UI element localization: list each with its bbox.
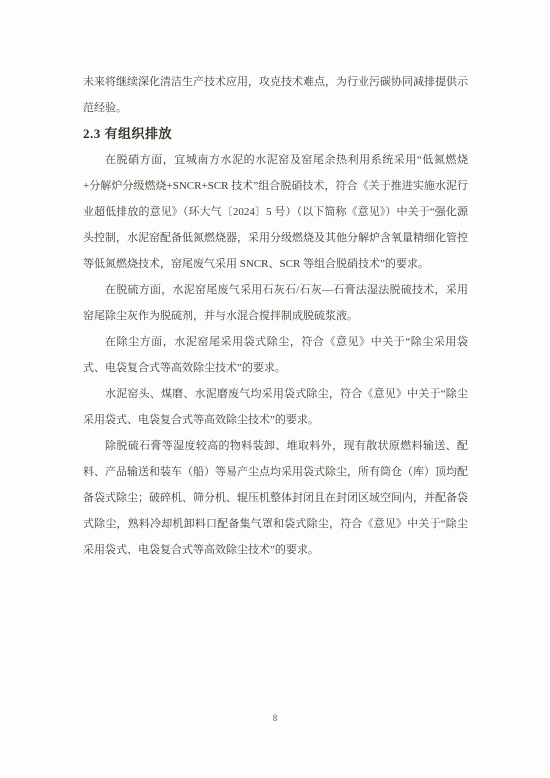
paragraph-dust-removal-kiln-tail: 在除尘方面，水泥窑尾采用袋式除尘，符合《意见》中关于“除尘采用袋式、电袋复合式等… — [83, 329, 468, 381]
paragraph-dust-removal-material-handling: 除脱硫石膏等湿度较高的物料装卸、堆取料外，现有散状原燃料输送、配料、产品输送和装… — [83, 433, 468, 563]
paragraph-continuation: 未来将继续深化清洁生产技术应用，攻克技术难点，为行业污碳协同减排提供示范经验。 — [83, 69, 468, 121]
page-number: 8 — [0, 711, 550, 725]
paragraph-denitrification: 在脱硝方面，宜城南方水泥的水泥窑及窑尾余热利用系统采用“低氮燃烧+分解炉分级燃烧… — [83, 147, 468, 277]
paragraph-desulfurization: 在脱硫方面，水泥窑尾废气采用石灰石/石灰—石膏法湿法脱硫技术，采用窑尾除尘灰作为… — [83, 277, 468, 329]
document-page: 未来将继续深化清洁生产技术应用，攻克技术难点，为行业污碳协同减排提供示范经验。 … — [0, 0, 550, 778]
section-heading: 2.3 有组织排放 — [83, 121, 468, 147]
document-body: 未来将继续深化清洁生产技术应用，攻克技术难点，为行业污碳协同减排提供示范经验。 … — [83, 69, 468, 563]
paragraph-dust-removal-mills: 水泥窑头、煤磨、水泥磨废气均采用袋式除尘，符合《意见》中关于“除尘采用袋式、电袋… — [83, 381, 468, 433]
